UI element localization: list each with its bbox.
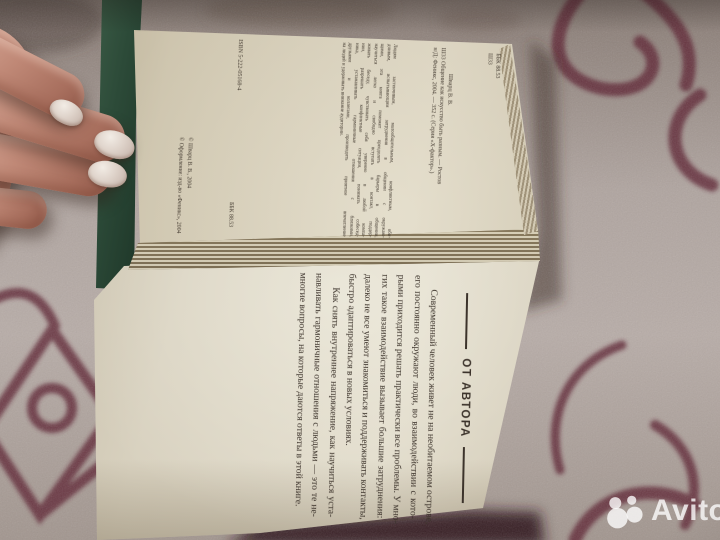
avito-logo-icon	[606, 492, 646, 530]
from-author-heading-row: ОТ АВТОРА	[456, 273, 473, 523]
classification-codes: ББК 88.53 Ш33	[485, 53, 501, 78]
bbk-top-code: ББК 88.53	[492, 53, 500, 78]
from-author-heading: ОТ АВТОРА	[458, 358, 472, 438]
avito-watermark: Avito	[606, 492, 720, 530]
heading-rule-left	[465, 293, 468, 349]
annotation-text: Людям застенчивым, малообщительным, конф…	[333, 42, 397, 238]
body-text: Современный человек живет не на необитае…	[289, 272, 442, 519]
body-paragraph-1: Современный человек живет не на необитае…	[338, 273, 442, 519]
photo-canvas: ББК 88.53 Ш33 Шварц В. В. Ш33 Общение ка…	[0, 0, 720, 540]
avito-text: Avito	[651, 496, 720, 526]
pinky-finger	[0, 181, 49, 230]
bibliographic-entry: Шварц В. В. Ш33 Общение как искусство бы…	[425, 47, 455, 240]
hand	[0, 0, 300, 340]
heading-rule-right	[462, 447, 465, 503]
